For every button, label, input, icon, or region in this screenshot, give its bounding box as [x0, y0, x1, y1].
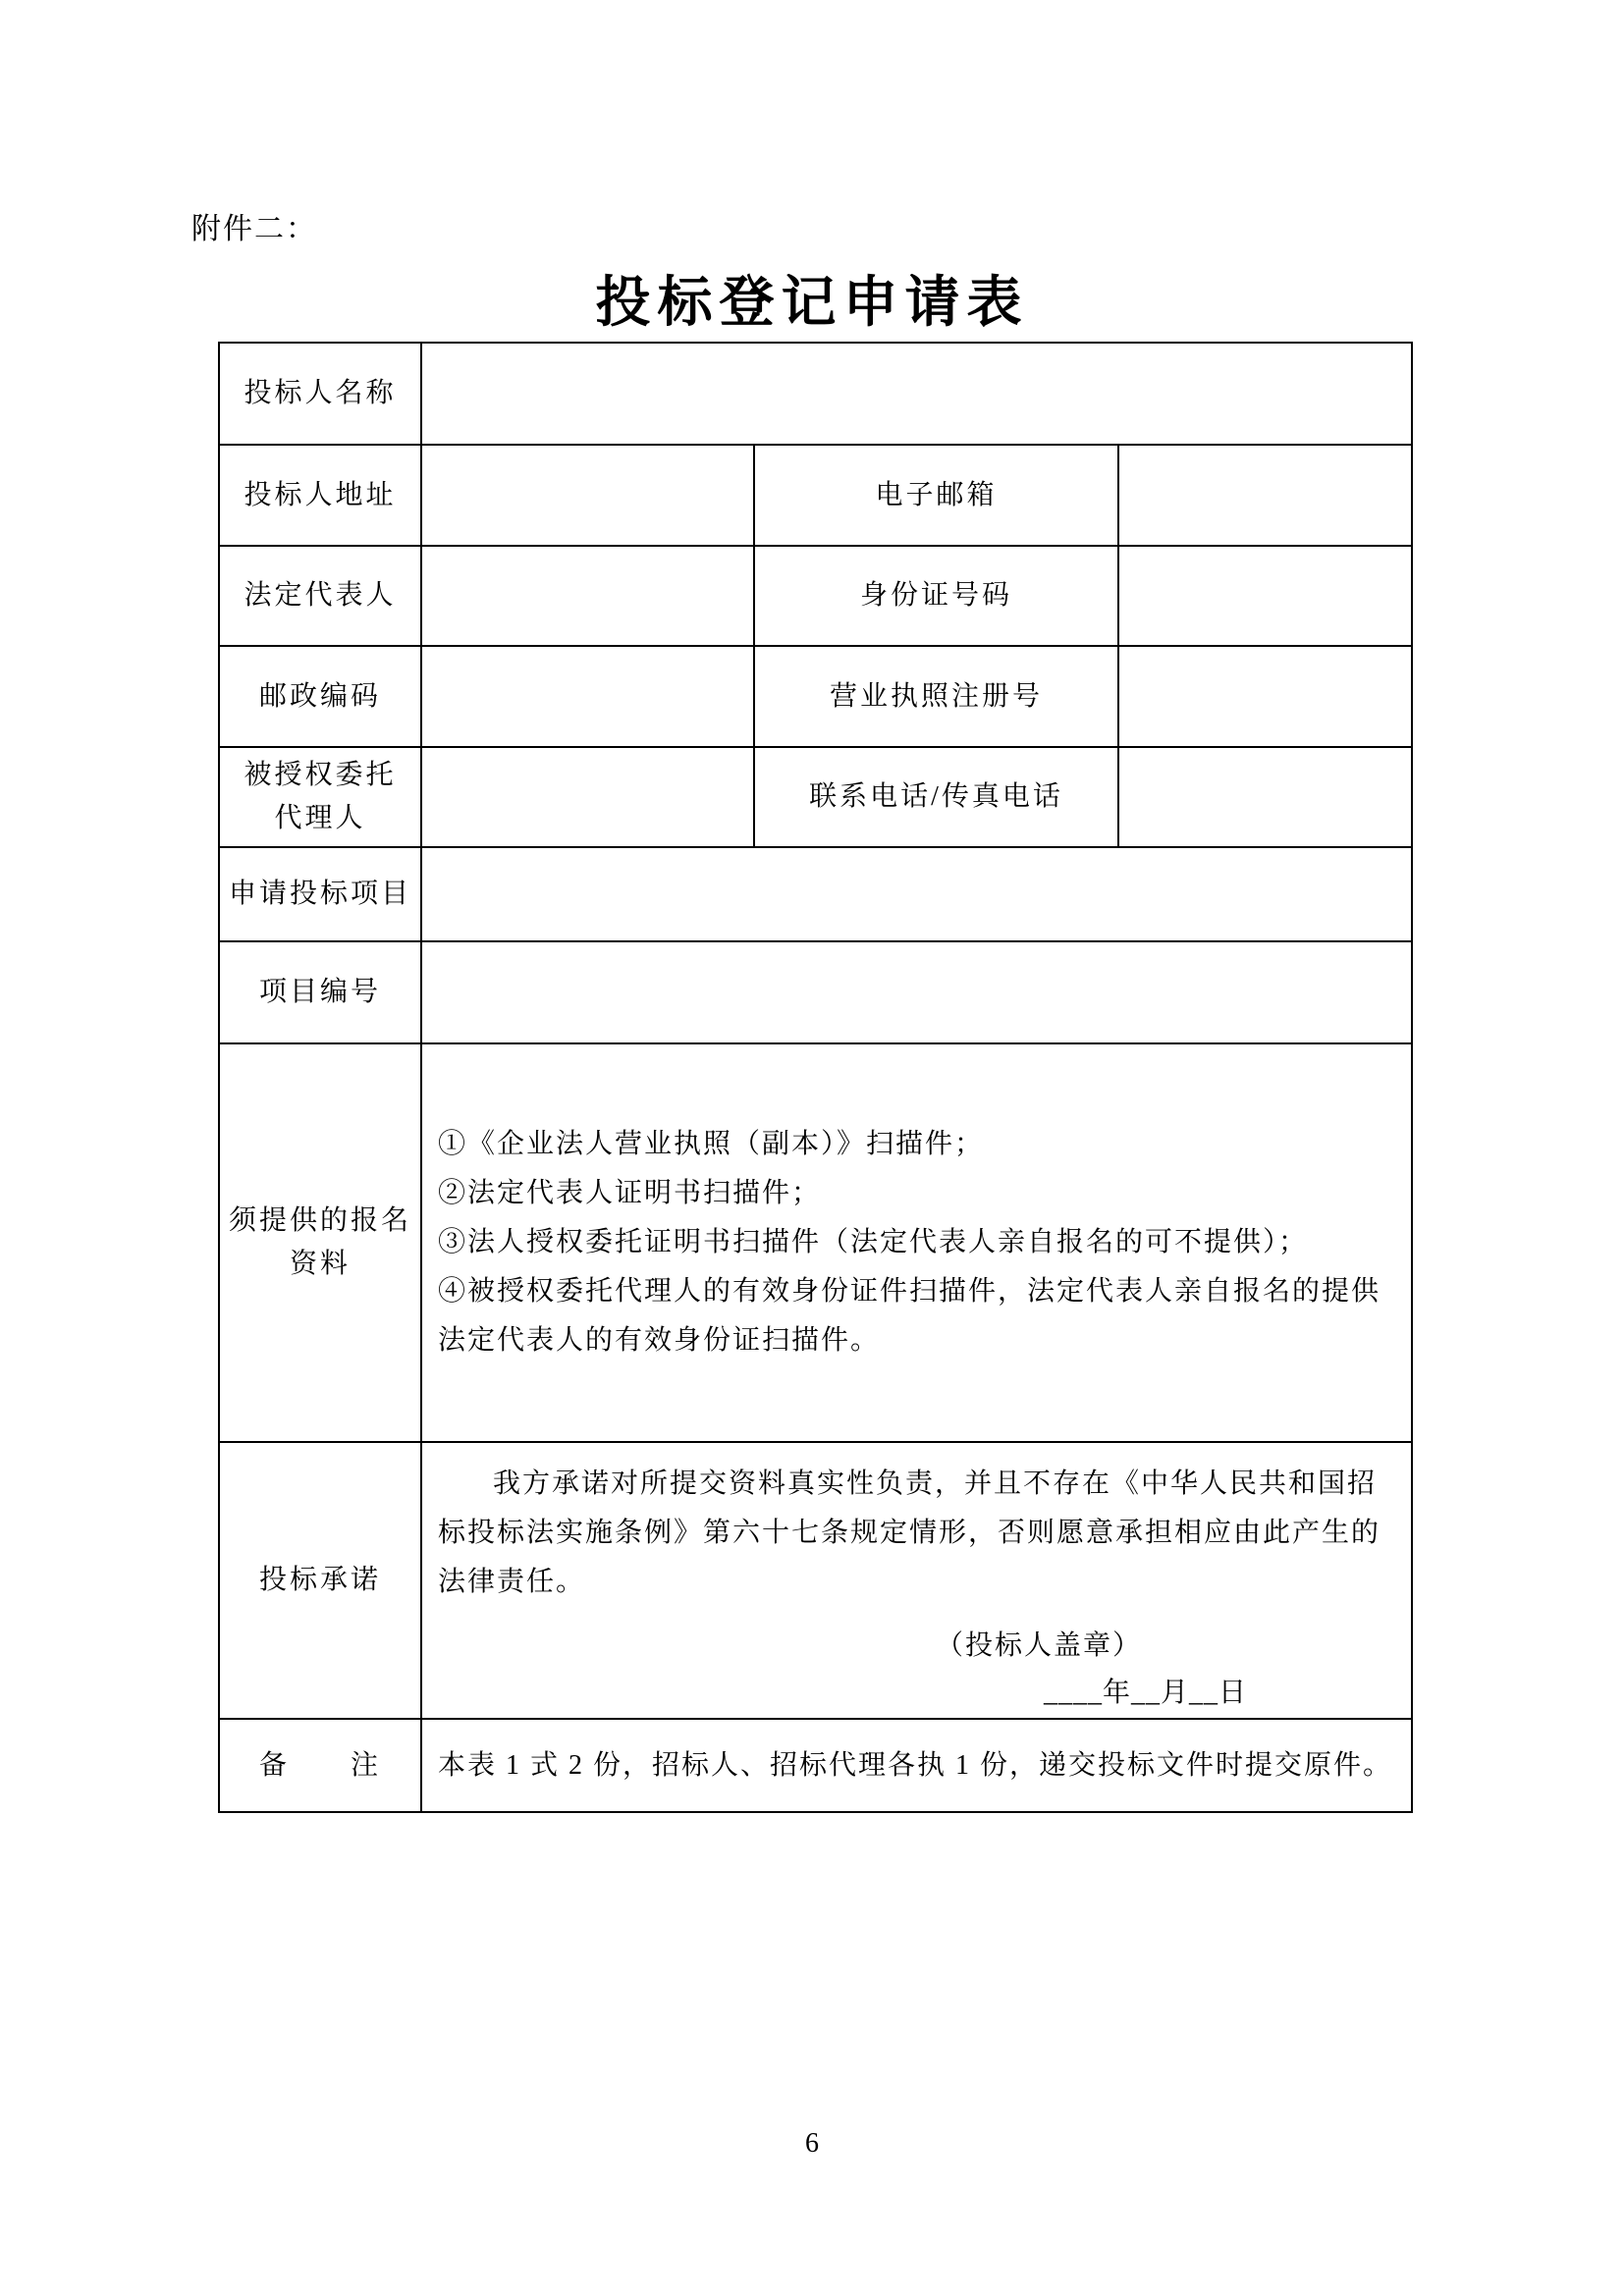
- page-number: 6: [0, 2128, 1624, 2160]
- email-value-cell: [1118, 445, 1412, 546]
- business-license-label: 营业执照注册号: [754, 646, 1118, 747]
- bidder-name-value-cell: [421, 343, 1412, 445]
- row-authorized-agent: 被授权委托 代理人 联系电话/传真电话: [219, 747, 1412, 847]
- row-bidder-address: 投标人地址 电子邮箱: [219, 445, 1412, 546]
- row-bid-project: 申请投标项目: [219, 847, 1412, 941]
- remarks-content-cell: 本表 1 式 2 份，招标人、招标代理各执 1 份，递交投标文件时提交原件。: [421, 1719, 1412, 1812]
- material-item-1: ①《企业法人营业执照（副本）》扫描件；: [438, 1120, 1401, 1169]
- row-bidder-name: 投标人名称: [219, 343, 1412, 445]
- remarks-label: 备 注: [219, 1719, 421, 1812]
- bid-commitment-content-cell: 我方承诺对所提交资料真实性负责，并且不存在《中华人民共和国招标投标法实施条例》第…: [421, 1442, 1412, 1719]
- phone-fax-value-cell: [1118, 747, 1412, 847]
- material-item-2: ②法定代表人证明书扫描件；: [438, 1169, 1401, 1218]
- id-number-label: 身份证号码: [754, 546, 1118, 646]
- required-materials-content-cell: ①《企业法人营业执照（副本）》扫描件； ②法定代表人证明书扫描件； ③法人授权委…: [421, 1043, 1412, 1442]
- postal-code-value-cell: [421, 646, 754, 747]
- authorized-agent-value-cell: [421, 747, 754, 847]
- project-number-label: 项目编号: [219, 941, 421, 1043]
- phone-fax-label: 联系电话/传真电话: [754, 747, 1118, 847]
- id-number-value-cell: [1118, 546, 1412, 646]
- document-page: 附件二： 投标登记申请表 投标人名称 投标人地址 电子邮箱 法定代表人 身份证号…: [0, 0, 1624, 2296]
- date-fill-in-line: ____年__月__日: [438, 1676, 1399, 1711]
- bid-project-value-cell: [421, 847, 1412, 941]
- project-number-value-cell: [421, 941, 1412, 1043]
- legal-representative-value-cell: [421, 546, 754, 646]
- required-materials-label-line2: 资料: [226, 1243, 414, 1286]
- row-postal-code: 邮政编码 营业执照注册号: [219, 646, 1412, 747]
- required-materials-label-line1: 须提供的报名: [226, 1200, 414, 1243]
- bid-commitment-label: 投标承诺: [219, 1442, 421, 1719]
- row-project-number: 项目编号: [219, 941, 1412, 1043]
- bid-registration-form-table: 投标人名称 投标人地址 电子邮箱 法定代表人 身份证号码 邮政编码 营业执照注册…: [218, 342, 1413, 1813]
- required-materials-label: 须提供的报名 资料: [219, 1043, 421, 1442]
- email-label: 电子邮箱: [754, 445, 1118, 546]
- page-title: 投标登记申请表: [0, 259, 1624, 338]
- authorized-agent-label: 被授权委托 代理人: [219, 747, 421, 847]
- material-item-4: ④被授权委托代理人的有效身份证件扫描件，法定代表人亲自报名的提供法定代表人的有效…: [438, 1267, 1401, 1365]
- row-bid-commitment: 投标承诺 我方承诺对所提交资料真实性负责，并且不存在《中华人民共和国招标投标法实…: [219, 1442, 1412, 1719]
- postal-code-label: 邮政编码: [219, 646, 421, 747]
- bidder-stamp-line: （投标人盖章）: [438, 1629, 1399, 1664]
- material-item-3: ③法人授权委托证明书扫描件（法定代表人亲自报名的可不提供）；: [438, 1218, 1401, 1267]
- row-legal-representative: 法定代表人 身份证号码: [219, 546, 1412, 646]
- authorized-agent-label-line2: 代理人: [226, 797, 414, 840]
- bidder-address-value-cell: [421, 445, 754, 546]
- business-license-value-cell: [1118, 646, 1412, 747]
- legal-representative-label: 法定代表人: [219, 546, 421, 646]
- row-required-materials: 须提供的报名 资料 ①《企业法人营业执照（副本）》扫描件； ②法定代表人证明书扫…: [219, 1043, 1412, 1442]
- authorized-agent-label-line1: 被授权委托: [226, 754, 414, 797]
- remarks-text: 本表 1 式 2 份，招标人、招标代理各执 1 份，递交投标文件时提交原件。: [438, 1744, 1399, 1788]
- bidder-address-label: 投标人地址: [219, 445, 421, 546]
- commitment-text: 我方承诺对所提交资料真实性负责，并且不存在《中华人民共和国招标投标法实施条例》第…: [438, 1460, 1399, 1607]
- row-remarks: 备 注 本表 1 式 2 份，招标人、招标代理各执 1 份，递交投标文件时提交原…: [219, 1719, 1412, 1812]
- bid-project-label: 申请投标项目: [219, 847, 421, 941]
- attachment-label: 附件二：: [191, 204, 317, 247]
- bidder-name-label: 投标人名称: [219, 343, 421, 445]
